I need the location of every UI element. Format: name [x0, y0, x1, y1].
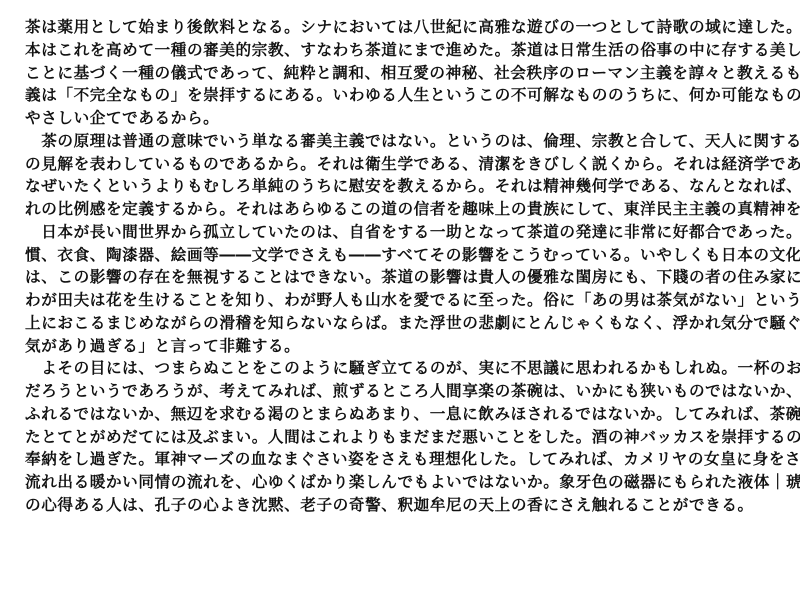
text-line: だろうというであろうが、考えてみれば、煎ずるところ人間享楽の茶碗は、いかにも狭い… — [25, 380, 765, 403]
text-line: 茶の原理は普通の意味でいう単なる審美主義ではない。というのは、倫理、宗教と合して… — [25, 130, 765, 153]
text-line: たとてとがめだてには及ぶまい。人間はこれよりもまだまだ悪いことをした。酒の神バッ… — [25, 426, 765, 449]
text-line: 奉納をし過ぎた。軍神マーズの血なまぐさい姿をさえも理想化した。してみれば、カメリ… — [25, 448, 765, 471]
text-line: やさしい企てであるから。 — [25, 107, 765, 130]
text-line: 気があり過ぎる」と言って非難する。 — [25, 335, 765, 358]
text-line: 義は「不完全なもの」を崇拝するにある。いわゆる人生というこの不可解なもののうちに… — [25, 84, 765, 107]
text-line: わが田夫は花を生けることを知り、わが野人も山水を愛でるに至った。俗に「あの男は茶… — [25, 289, 765, 312]
text-line: 慣、衣食、陶漆器、絵画等――文学でさえも――すべてその影響をこうむっている。いや… — [25, 244, 765, 267]
text-line: なぜいたくというよりもむしろ単純のうちに慰安を教えるから。それは精神幾何学である… — [25, 175, 765, 198]
text-line: の見解を表わしているものであるから。それは衛生学である、清潔をきびしく説くから。… — [25, 153, 765, 176]
text-line: 本はこれを高めて一種の審美的宗教、すなわち茶道にまで進めた。茶道は日常生活の俗事… — [25, 39, 765, 62]
text-line: ことに基づく一種の儀式であって、純粋と調和、相互愛の神秘、社会秩序のローマン主義… — [25, 62, 765, 85]
text-line: 上におこるまじめながらの滑稽を知らないならば。また浮世の悲劇にとんじゃくもなく、… — [25, 312, 765, 335]
text-line: の心得ある人は、孔子の心よき沈黙、老子の奇警、釈迦牟尼の天上の香にさえ触れること… — [25, 494, 765, 517]
text-line: ふれるではないか、無辺を求むる渇のとまらぬあまり、一息に飲みほされるではないか。… — [25, 403, 765, 426]
text-line: 流れ出る暖かい同情の流れを、心ゆくばかり楽しんでもよいではないか。象牙色の磁器に… — [25, 471, 765, 494]
document-body: 茶は薬用として始まり後飲料となる。シナにおいては八世紀に高雅な遊びの一つとして詩… — [25, 16, 765, 517]
text-line: 日本が長い間世界から孤立していたのは、自省をする一助となって茶道の発達に非常に好… — [25, 221, 765, 244]
text-line: れの比例感を定義するから。それはあらゆるこの道の信者を趣味上の貴族にして、東洋民… — [25, 198, 765, 221]
text-line: よその目には、つまらぬことをこのように騒ぎ立てるのが、実に不思議に思われるかもし… — [25, 357, 765, 380]
text-line: は、この影響の存在を無視することはできない。茶道の影響は貴人の優雅な閨房にも、下… — [25, 266, 765, 289]
text-line: 茶は薬用として始まり後飲料となる。シナにおいては八世紀に高雅な遊びの一つとして詩… — [25, 16, 765, 39]
